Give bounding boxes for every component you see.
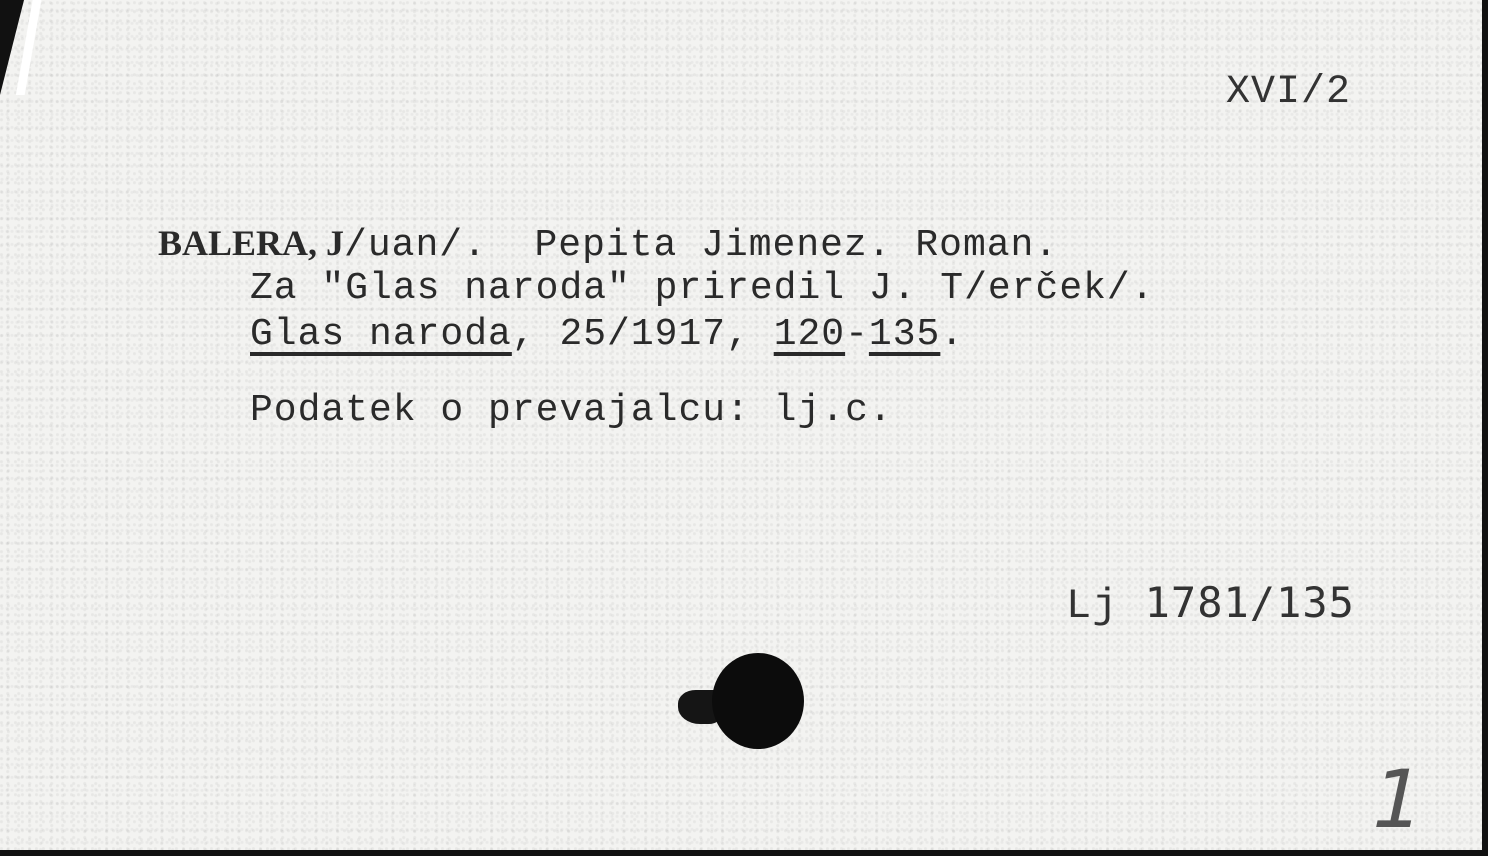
pages-start: 120 (774, 313, 845, 356)
scan-border-right (1482, 0, 1488, 856)
entry-line-editor: Za "Glas naroda" priredil J. T/erček/. (250, 270, 1155, 308)
catalog-card: XVI/2 BALERA, J/uan/. Pepita Jimenez. Ro… (0, 0, 1482, 850)
shelf-mark: XVI/2 (1226, 70, 1351, 115)
source-issue: , 25/1917, (512, 313, 774, 356)
punch-hole (712, 653, 804, 749)
entry-line-source: Glas naroda, 25/1917, 120-135. (250, 316, 964, 354)
call-number-prefix: Lj (1066, 582, 1118, 630)
translator-note: Podatek o prevajalcu: lj.c. (250, 392, 893, 430)
author-given-name: /uan/ (344, 224, 463, 267)
handwritten-mark: 1 (1363, 760, 1431, 840)
source-title: Glas naroda (250, 313, 512, 356)
scan-border-bottom (0, 850, 1488, 856)
call-number: Lj 1781/135 (1066, 578, 1355, 630)
pages-dash: - (845, 313, 869, 356)
call-number-value: 1781/135 (1145, 578, 1355, 627)
entry-line-author-title: BALERA, J/uan/. Pepita Jimenez. Roman. (158, 224, 1058, 265)
folded-corner-edge (0, 0, 42, 95)
pages-end: 135 (869, 313, 940, 356)
line-end: . (940, 313, 964, 356)
title: . Pepita Jimenez. Roman. (463, 224, 1058, 267)
author-surname: BALERA, J (158, 223, 344, 263)
